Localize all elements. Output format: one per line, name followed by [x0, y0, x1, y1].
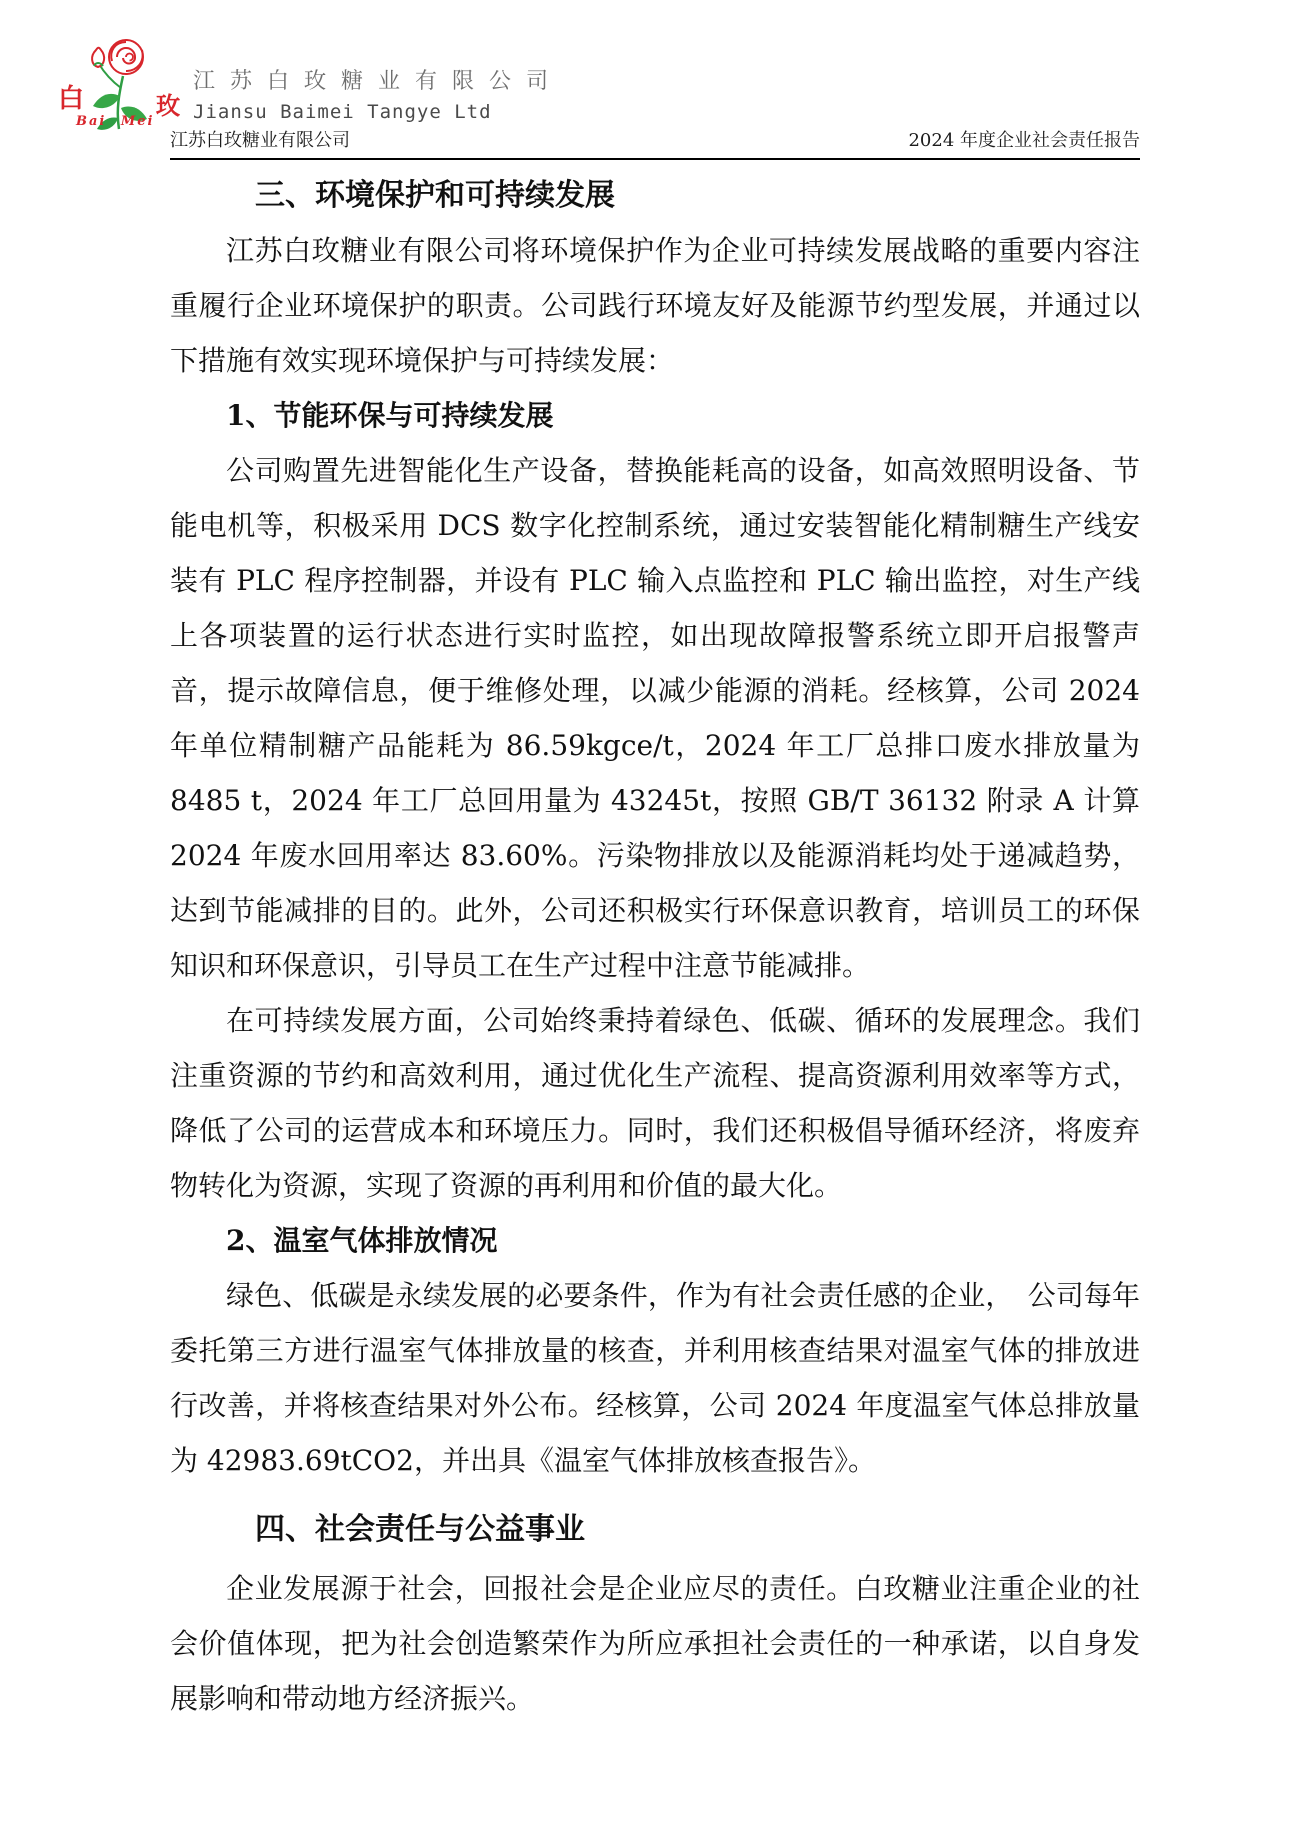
- subsection-2-title: 2、温室气体排放情况: [170, 1213, 1140, 1268]
- subsection-1-title: 1、节能环保与可持续发展: [170, 388, 1140, 443]
- report-page: 白: [0, 0, 1299, 1836]
- para-sustainability: 在可持续发展方面，公司始终秉持着绿色、低碳、循环的发展理念。我们注重资源的节约和…: [170, 993, 1140, 1213]
- section-4-title: 四、社会责任与公益事业: [255, 1502, 1140, 1557]
- logo-bai-character: 白: [58, 78, 84, 115]
- logo-mark: 白: [58, 36, 188, 136]
- logo-caption-text: Bai Mei: [76, 114, 154, 129]
- para-environment-intro: 江苏白玫糖业有限公司将环境保护作为企业可持续发展战略的重要内容注重履行企业环境保…: [170, 223, 1140, 388]
- text-column: 江苏白玫糖业有限公司 2024 年度企业社会责任报告 三、环境保护和可持续发展 …: [170, 0, 1140, 1726]
- header-report-title: 2024 年度企业社会责任报告: [908, 126, 1140, 152]
- page-header: 江苏白玫糖业有限公司 2024 年度企业社会责任报告: [170, 126, 1140, 160]
- header-company-name: 江苏白玫糖业有限公司: [170, 126, 350, 152]
- para-energy-saving: 公司购置先进智能化生产设备，替换能耗高的设备，如高效照明设备、节能电机等，积极采…: [170, 443, 1140, 993]
- para-social-responsibility: 企业发展源于社会，回报社会是企业应尽的责任。白玫糖业注重企业的社会价值体现，把为…: [170, 1561, 1140, 1726]
- document-body: 三、环境保护和可持续发展 江苏白玫糖业有限公司将环境保护作为企业可持续发展战略的…: [170, 168, 1140, 1726]
- para-greenhouse-gas: 绿色、低碳是永续发展的必要条件，作为有社会责任感的企业， 公司每年委托第三方进行…: [170, 1268, 1140, 1488]
- section-3-title: 三、环境保护和可持续发展: [255, 168, 1140, 223]
